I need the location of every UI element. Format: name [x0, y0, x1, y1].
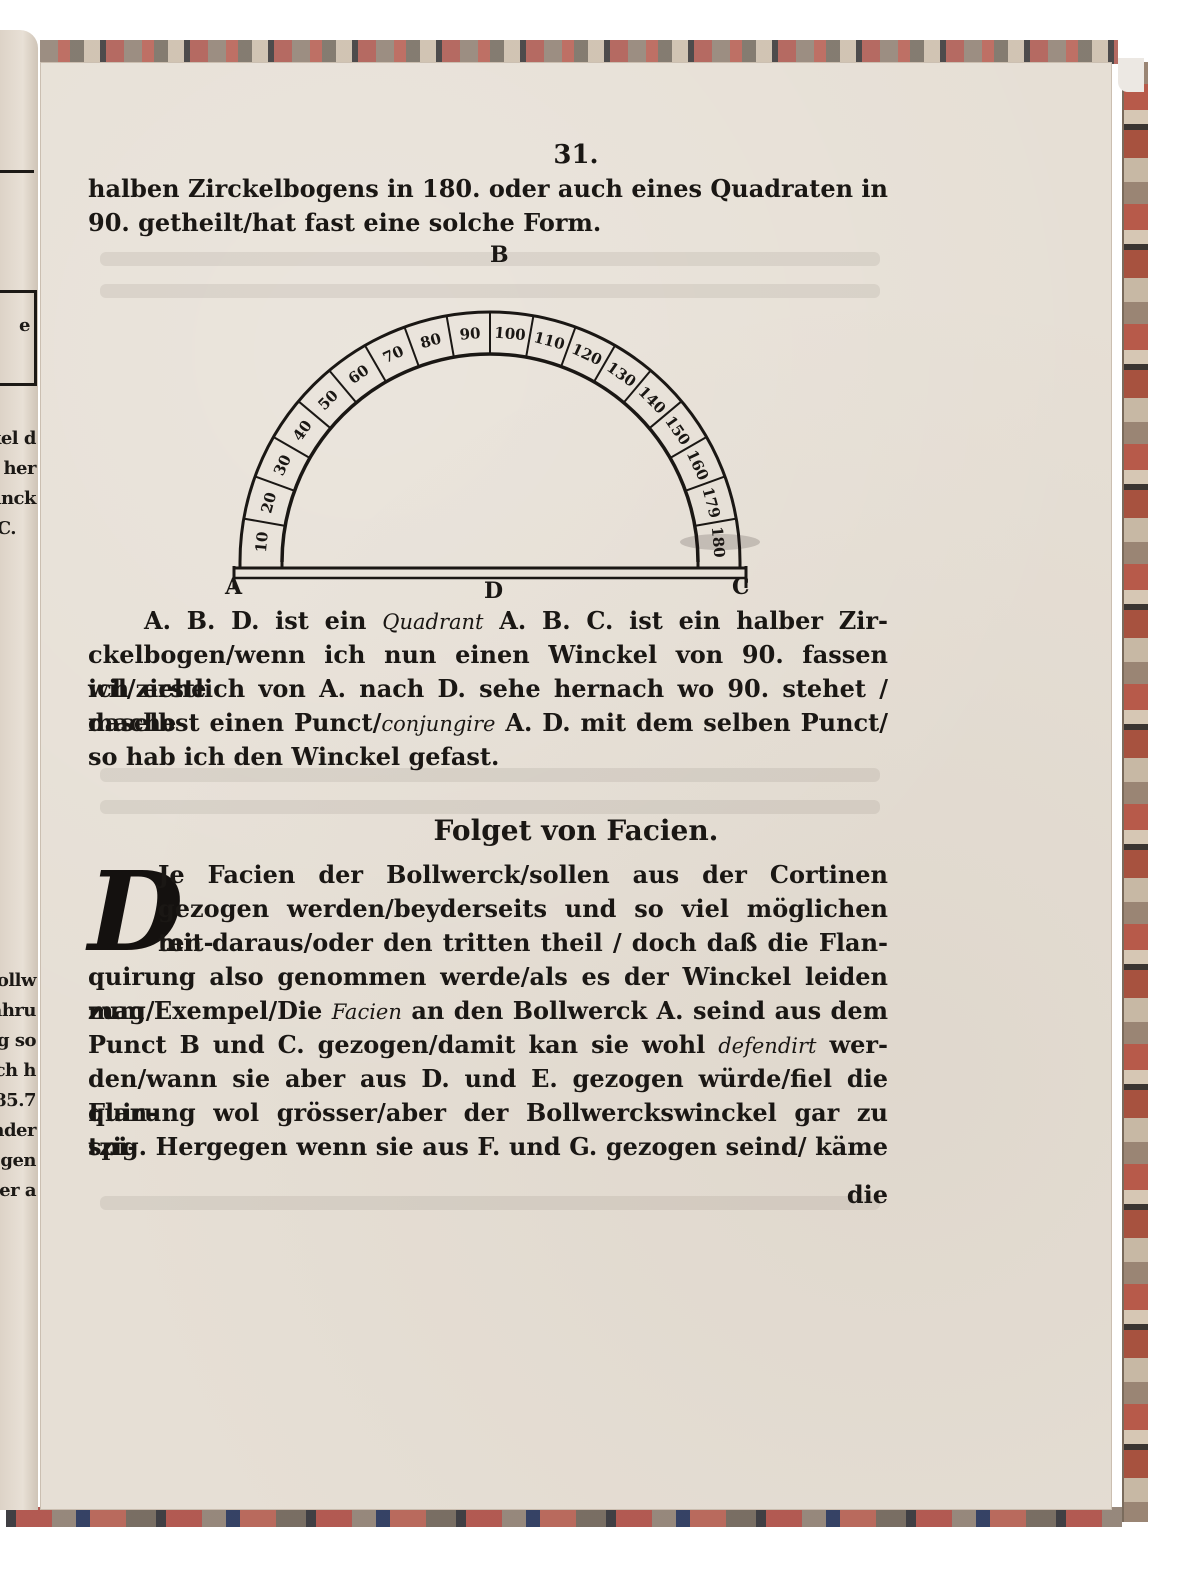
- text-run: so hab ich den Winckel gefast.: [88, 742, 499, 771]
- catchword: die: [88, 1178, 888, 1212]
- text-line: ten daraus/oder den tritten theil / doch…: [158, 926, 888, 960]
- fragment-line: rfahru: [0, 1000, 36, 1021]
- text-line: zum Exempel/Die Facien an den Bollwerck …: [88, 994, 888, 1029]
- degree-label: 40: [289, 417, 316, 444]
- degree-label: 110: [532, 328, 567, 353]
- text-run: A. B. D. ist ein: [144, 606, 382, 635]
- diagram-fragment-box: [0, 290, 37, 386]
- fragment-line: elegen: [0, 1150, 36, 1171]
- text-run: zum Exempel/Die: [88, 996, 332, 1025]
- fragment-line: ung so: [0, 1030, 36, 1051]
- text-run: an den Bollwerck A. seind aus dem: [402, 996, 888, 1025]
- fragment-line: r Bollw: [0, 970, 36, 991]
- text-run: A. D. mit dem selben Punct/: [495, 708, 888, 737]
- degree-label: 80: [418, 329, 443, 352]
- fragment-line: eder a: [0, 1180, 36, 1201]
- degree-label: 160: [683, 447, 713, 483]
- marbled-cover-right-edge: [1122, 62, 1148, 1522]
- degree-label: 90: [459, 324, 481, 344]
- frame-line: [0, 170, 34, 183]
- text-line: Je Facien der Bollwerck/sollen aus der C…: [158, 858, 888, 892]
- marbled-cover-bottom-edge: [6, 1507, 1122, 1527]
- intro-line: halben Zirckelbogens in 180. oder auch e…: [88, 172, 888, 206]
- degree-label: 130: [603, 358, 639, 391]
- fragment-line: 85.7: [0, 1090, 36, 1111]
- text-run: Je Facien der Bollwerck/sollen aus der C…: [158, 860, 888, 889]
- text-line: A. B. D. ist ein Quadrant A. B. C. ist e…: [144, 604, 888, 639]
- intro-line: 90. getheilt/hat fast eine solche Form.: [88, 206, 888, 240]
- point-label-a: A: [225, 574, 242, 600]
- latin-term: Facien: [332, 1000, 402, 1024]
- protractor-svg: 1020304050607080901001101201301401501601…: [220, 272, 760, 612]
- text-run: ten daraus/oder den tritten theil / doch…: [158, 928, 888, 957]
- marbled-cover-top-edge: [40, 40, 1118, 64]
- degree-label: 100: [494, 324, 527, 345]
- degree-label: 20: [257, 490, 280, 515]
- book-page: 31. halben Zirckelbogens in 180. oder au…: [40, 62, 1112, 1510]
- degree-label: 10: [252, 531, 272, 553]
- point-label-b: B: [490, 242, 509, 268]
- fragment-line: Winckel d: [0, 428, 36, 449]
- protractor-diagram: 1020304050607080901001101201301401501601…: [220, 272, 760, 612]
- fragment-line: C.: [0, 518, 16, 539]
- vellum-corner: [1118, 58, 1144, 92]
- text-run: Punct B und C. gezogen/damit kan sie woh…: [88, 1030, 718, 1059]
- text-line: tzig. Hergegen wenn sie aus F. und G. ge…: [88, 1130, 888, 1164]
- text-run: wer-: [816, 1030, 888, 1059]
- text-line: so hab ich den Winckel gefast.: [88, 740, 888, 774]
- degree-label: 30: [270, 452, 295, 479]
- latin-term: conjungire: [381, 712, 495, 736]
- point-label-c: C: [732, 574, 750, 600]
- degree-label: 179: [698, 485, 723, 520]
- latin-term: defendirt: [718, 1034, 816, 1058]
- degree-label: 120: [569, 340, 605, 370]
- page-number: 31.: [40, 140, 1112, 170]
- facing-page-left: e Winckel d r D. her er Winck C. r Bollw…: [0, 30, 38, 1510]
- drop-cap: D: [88, 862, 150, 966]
- fragment-line: ander: [0, 1120, 36, 1141]
- degree-label: 70: [380, 342, 407, 367]
- show-through: [100, 800, 880, 814]
- fragment-line: r D. her: [0, 458, 36, 479]
- point-label-d: D: [484, 578, 503, 604]
- degree-label: 50: [314, 386, 341, 413]
- text-line: Punct B und C. gezogen/damit kan sie woh…: [88, 1028, 888, 1063]
- fragment-line: noch h: [0, 1060, 36, 1081]
- section-heading: Folget von Facien.: [40, 814, 1112, 847]
- text-run: A. B. C. ist ein halber Zir-: [483, 606, 888, 635]
- degree-label: 140: [634, 383, 669, 418]
- latin-term: Quadrant: [382, 610, 483, 634]
- text-line: daselbst einen Punct/conjungire A. D. mi…: [88, 706, 888, 741]
- text-run: daselbst einen Punct/: [88, 708, 381, 737]
- fragment-line: er Winck: [0, 488, 36, 509]
- box-letter: e: [19, 315, 30, 336]
- degree-label: 150: [661, 413, 694, 449]
- text-run: tzig. Hergegen wenn sie aus F. und G. ge…: [88, 1132, 888, 1161]
- degree-label: 60: [345, 361, 372, 388]
